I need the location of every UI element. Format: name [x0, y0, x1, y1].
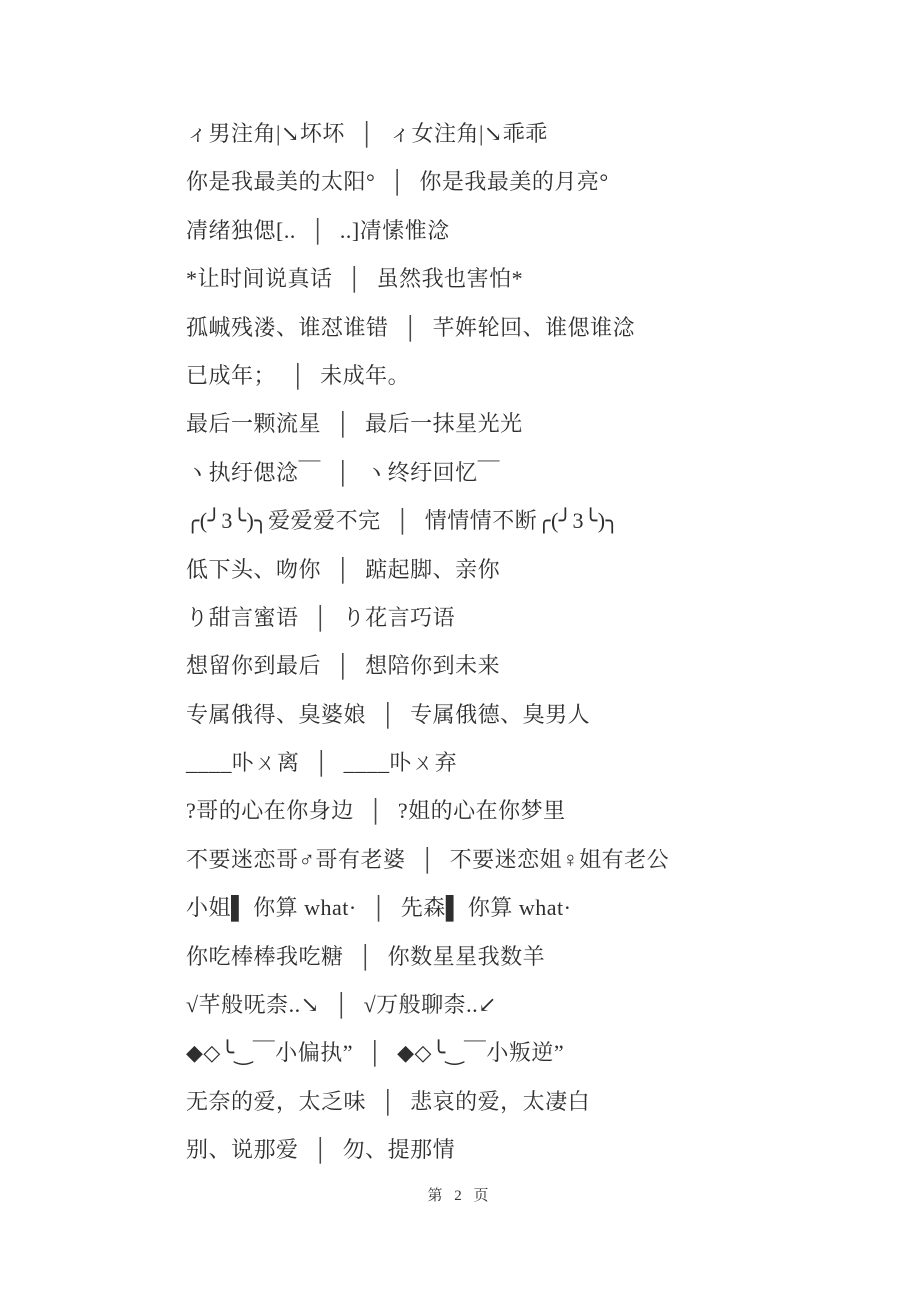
- nickname-left: 不要迷恋哥♂哥有老婆: [186, 847, 406, 872]
- nickname-left: 想留你到最后: [186, 653, 321, 678]
- nickname-pair-row: ?哥的心在你身边│?姐的心在你梦里: [186, 787, 669, 835]
- nickname-left: 凊绪独偲[..: [186, 218, 296, 243]
- nickname-right: √万般聊柰..↙: [364, 992, 498, 1017]
- nickname-left: ィ男注角|↘坏坏: [186, 121, 345, 146]
- nickname-right: 你数星星我数羊: [388, 944, 546, 969]
- nickname-pair-list: ィ男注角|↘坏坏│ィ女注角|↘乖乖 你是我最美的太阳°│你是我最美的月亮° 凊绪…: [186, 110, 669, 1175]
- nickname-right: 悲哀的爱，太凄白: [410, 1089, 590, 1114]
- nickname-pair-row: 你是我最美的太阳°│你是我最美的月亮°: [186, 158, 669, 206]
- pair-separator: │: [368, 787, 384, 835]
- nickname-pair-row: *让时间说真话│虽然我也害怕*: [186, 255, 669, 303]
- nickname-pair-row: 小姐▌ 你算 what·│先森▌ 你算 what·: [186, 884, 669, 932]
- nickname-right: ____卟ㄨ弃: [344, 750, 458, 775]
- nickname-pair-row: 不要迷恋哥♂哥有老婆│不要迷恋姐♀姐有老公: [186, 836, 669, 884]
- nickname-pair-row: 最后一颗流星│最后一抹星光光: [186, 400, 669, 448]
- nickname-left: ____卟ㄨ离: [186, 750, 300, 775]
- pair-separator: │: [367, 1029, 383, 1077]
- nickname-right: ?姐的心在你梦里: [398, 798, 566, 823]
- nickname-left: 别、说那爱: [186, 1137, 299, 1162]
- nickname-pair-row: ィ男注角|↘坏坏│ィ女注角|↘乖乖: [186, 110, 669, 158]
- nickname-pair-row: 孤峸残溇、谁怼谁错│芊姩轮回、谁偲谁淰: [186, 304, 669, 352]
- nickname-right: 想陪你到未来: [365, 653, 500, 678]
- nickname-left: 小姐▌ 你算 what·: [186, 895, 357, 920]
- nickname-left: √芊般呒柰..↘: [186, 992, 320, 1017]
- nickname-right: ヽ终纡回忆￣: [365, 460, 500, 485]
- nickname-pair-row: 凊绪独偲[..│..]凊愫惟淰: [186, 207, 669, 255]
- pair-separator: │: [389, 158, 405, 206]
- pair-separator: │: [313, 594, 329, 642]
- nickname-left: ◆◇╰‿￣小偏执”: [186, 1040, 353, 1065]
- nickname-right: 未成年。: [320, 363, 410, 388]
- nickname-right: 专属俄德、臭男人: [410, 702, 590, 727]
- nickname-right: 先森▌ 你算 what·: [401, 895, 572, 920]
- pair-separator: │: [358, 933, 374, 981]
- nickname-left: ヽ执纡偲淰￣: [186, 460, 321, 485]
- pair-separator: │: [403, 304, 419, 352]
- pair-separator: │: [310, 207, 326, 255]
- nickname-left: 你是我最美的太阳°: [186, 169, 375, 194]
- pair-separator: │: [335, 400, 351, 448]
- pair-separator: │: [334, 981, 350, 1029]
- nickname-right: 虽然我也害怕*: [377, 266, 524, 291]
- pair-separator: │: [335, 642, 351, 690]
- pair-separator: │: [313, 1126, 329, 1174]
- nickname-left: 最后一颗流星: [186, 411, 321, 436]
- nickname-right: 情情情不断╭(╯3╰)╮: [425, 508, 620, 533]
- nickname-left: 低下头、吻你: [186, 557, 321, 582]
- nickname-pair-row: 别、说那爱│勿、提那情: [186, 1126, 669, 1174]
- nickname-right: ィ女注角|↘乖乖: [389, 121, 548, 146]
- page-footer: 第 2 页: [0, 1184, 920, 1205]
- nickname-right: 最后一抹星光光: [365, 411, 523, 436]
- nickname-pair-row: 已成年；│未成年。: [186, 352, 669, 400]
- pair-separator: │: [335, 449, 351, 497]
- pair-separator: │: [380, 691, 396, 739]
- nickname-left: 已成年；: [186, 363, 276, 388]
- nickname-left: 无奈的爱，太乏味: [186, 1089, 366, 1114]
- pair-separator: │: [347, 255, 363, 303]
- nickname-right: 踮起脚、亲你: [365, 557, 500, 582]
- pair-separator: │: [420, 836, 436, 884]
- nickname-right: 勿、提那情: [343, 1137, 456, 1162]
- nickname-left: 你吃棒棒我吃糖: [186, 944, 344, 969]
- nickname-pair-row: ╭(╯3╰)╮爱爱爱不完│情情情不断╭(╯3╰)╮: [186, 497, 669, 545]
- nickname-right: 不要迷恋姐♀姐有老公: [450, 847, 670, 872]
- nickname-left: *让时间说真话: [186, 266, 333, 291]
- nickname-pair-row: ◆◇╰‿￣小偏执”│◆◇╰‿￣小叛逆”: [186, 1029, 669, 1077]
- nickname-pair-row: √芊般呒柰..↘│√万般聊柰..↙: [186, 981, 669, 1029]
- nickname-pair-row: 低下头、吻你│踮起脚、亲你: [186, 546, 669, 594]
- pair-separator: │: [335, 546, 351, 594]
- nickname-right: ◆◇╰‿￣小叛逆”: [397, 1040, 564, 1065]
- nickname-pair-row: 专属俄得、臭婆娘│专属俄德、臭男人: [186, 691, 669, 739]
- nickname-right: り花言巧语: [343, 605, 456, 630]
- pair-separator: │: [359, 110, 375, 158]
- pair-separator: │: [290, 352, 306, 400]
- pair-separator: │: [371, 884, 387, 932]
- nickname-left: ╭(╯3╰)╮爱爱爱不完: [186, 508, 381, 533]
- nickname-left: ?哥的心在你身边: [186, 798, 354, 823]
- pair-separator: │: [380, 1078, 396, 1126]
- pair-separator: │: [395, 497, 411, 545]
- nickname-pair-row: 你吃棒棒我吃糖│你数星星我数羊: [186, 933, 669, 981]
- nickname-pair-row: 想留你到最后│想陪你到未来: [186, 642, 669, 690]
- pair-separator: │: [314, 739, 330, 787]
- nickname-pair-row: 无奈的爱，太乏味│悲哀的爱，太凄白: [186, 1078, 669, 1126]
- nickname-right: ..]凊愫惟淰: [340, 218, 450, 243]
- nickname-pair-row: り甜言蜜语│り花言巧语: [186, 594, 669, 642]
- page-number-label: 第 2 页: [427, 1188, 492, 1204]
- nickname-left: り甜言蜜语: [186, 605, 299, 630]
- nickname-right: 芊姩轮回、谁偲谁淰: [433, 315, 636, 340]
- nickname-pair-row: ____卟ㄨ离│____卟ㄨ弃: [186, 739, 669, 787]
- nickname-pair-row: ヽ执纡偲淰￣│ヽ终纡回忆￣: [186, 449, 669, 497]
- nickname-right: 你是我最美的月亮°: [419, 169, 608, 194]
- nickname-left: 孤峸残溇、谁怼谁错: [186, 315, 389, 340]
- nickname-left: 专属俄得、臭婆娘: [186, 702, 366, 727]
